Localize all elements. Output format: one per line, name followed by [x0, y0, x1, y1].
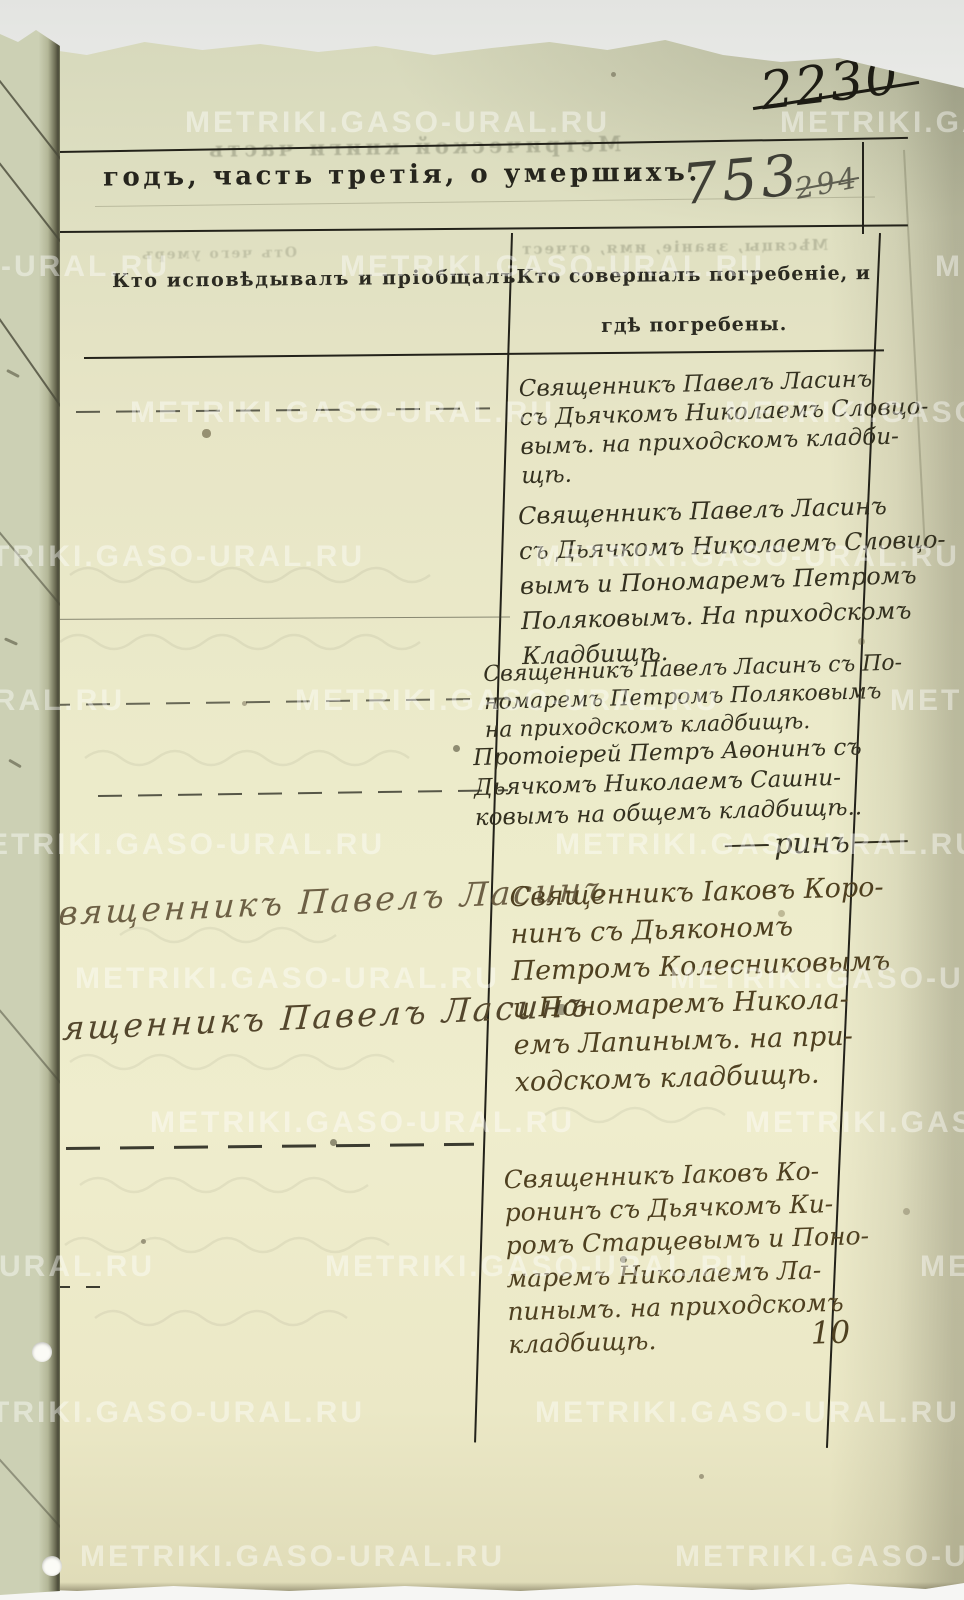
previous-page-text-fragment — [8, 759, 22, 769]
previous-page-text-fragment — [4, 637, 18, 645]
previous-page-edge — [0, 0, 60, 1600]
register-page: 2230 Метрической книги часть Мѣсяцы, зва… — [0, 0, 964, 1600]
previous-page-text-fragment — [6, 369, 20, 378]
punch-hole — [42, 1556, 62, 1576]
bleedthrough-handwriting-ghosts — [0, 0, 964, 1600]
scanned-metric-book-page: 2230 Метрической книги часть Мѣсяцы, зва… — [0, 0, 964, 1600]
punch-hole — [32, 1342, 52, 1362]
ink-specks — [0, 0, 3, 3]
